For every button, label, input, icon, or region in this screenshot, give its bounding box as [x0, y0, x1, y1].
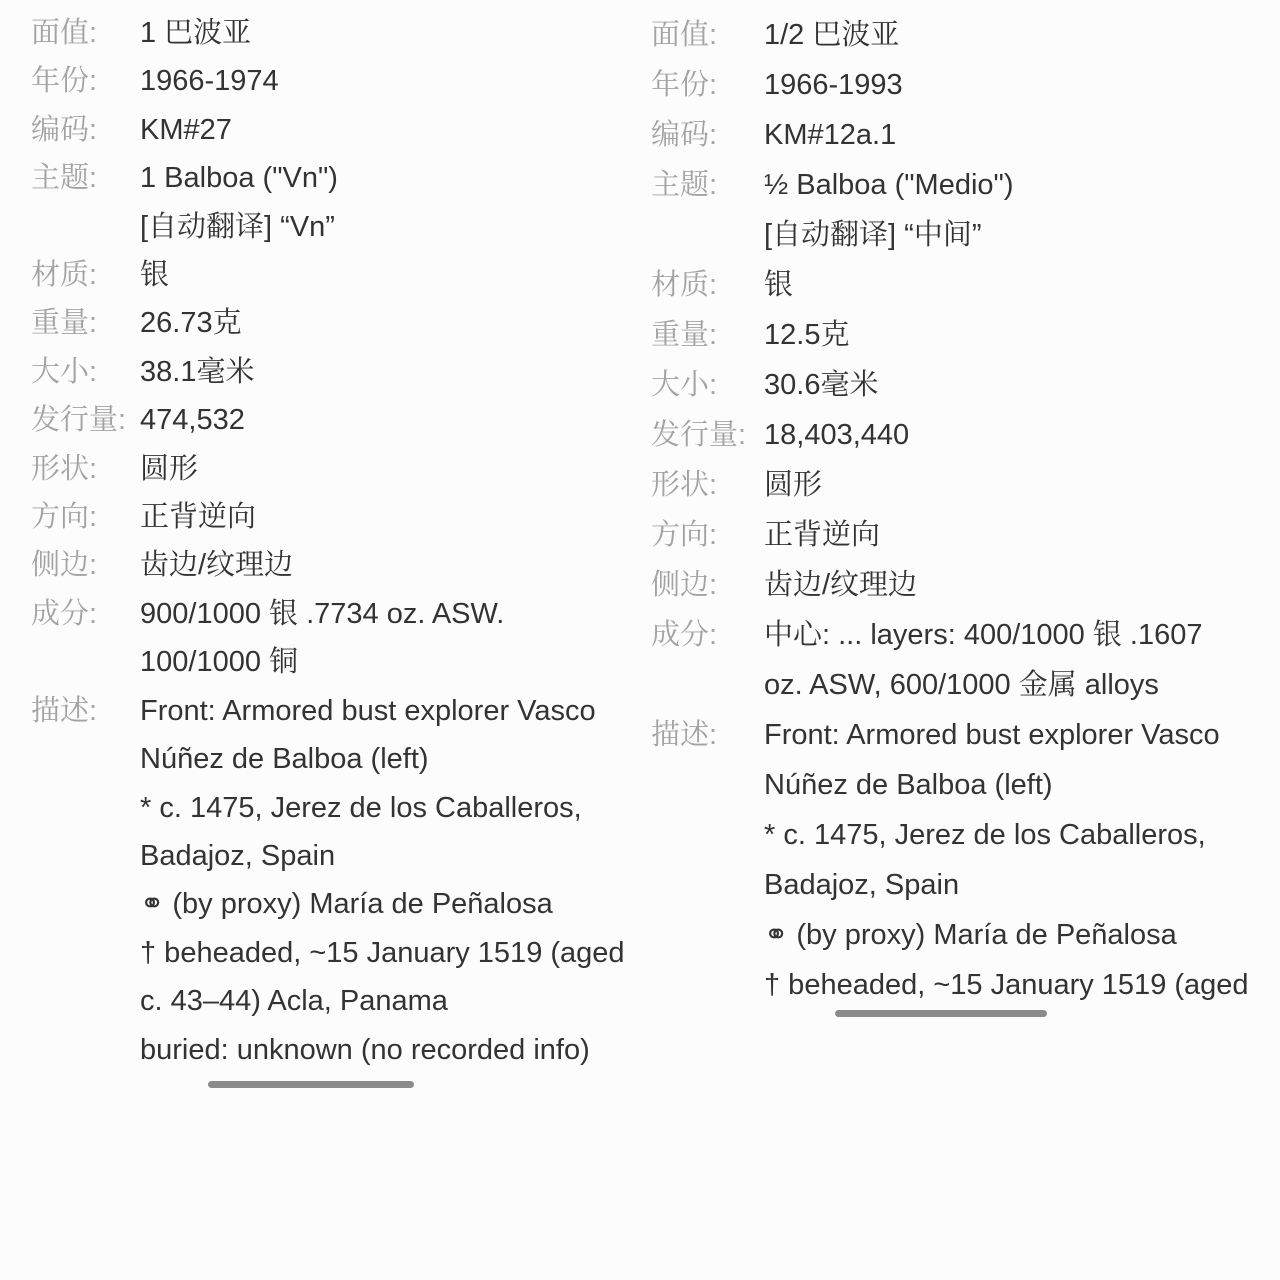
spec-label: 形状:	[31, 445, 140, 493]
spec-value: Front: Armored bust explorer Vasco Núñez…	[764, 710, 1249, 1010]
spec-value: 30.6毫米	[764, 360, 878, 410]
spec-label: 方向:	[31, 493, 140, 541]
spec-value: 1966-1974	[140, 57, 279, 105]
spec-row-edge: 侧边: 齿边/纹理边	[31, 541, 631, 589]
spec-row-description: 描述: Front: Armored bust explorer Vasco N…	[651, 710, 1271, 1010]
spec-label: 主题:	[31, 154, 140, 202]
spec-value: KM#12a.1	[764, 110, 896, 160]
spec-value: KM#27	[140, 106, 232, 154]
spec-row-mintage: 发行量: 474,532	[31, 396, 631, 444]
spec-row-description: 描述: Front: Armored bust explorer Vasco N…	[31, 687, 631, 1074]
spec-label: 侧边:	[651, 560, 764, 610]
spec-value: 1 Balboa ("Vn") [自动翻译] “Vn”	[140, 154, 338, 251]
spec-row-orientation: 方向: 正背逆向	[31, 493, 631, 541]
spec-value: 18,403,440	[764, 410, 909, 460]
spec-label: 年份:	[651, 60, 764, 110]
spec-label: 编码:	[31, 106, 140, 154]
spec-row-weight: 重量: 26.73克	[31, 299, 631, 347]
spec-value: ½ Balboa ("Medio") [自动翻译] “中间”	[764, 160, 1014, 260]
spec-label: 发行量:	[651, 410, 764, 460]
spec-row-size: 大小: 38.1毫米	[31, 348, 631, 396]
spec-value: 银	[764, 260, 793, 310]
spec-value: 圆形	[764, 460, 822, 510]
spec-row-edge: 侧边: 齿边/纹理边	[651, 560, 1271, 610]
spec-value: 正背逆向	[764, 510, 880, 560]
coin-spec-list-right: 面值: 1/2 巴波亚 年份: 1966-1993 编码: KM#12a.1 主…	[651, 10, 1271, 1010]
spec-row-subject: 主题: ½ Balboa ("Medio") [自动翻译] “中间”	[651, 160, 1271, 260]
spec-label: 发行量:	[31, 396, 140, 444]
spec-label: 形状:	[651, 460, 764, 510]
spec-row-size: 大小: 30.6毫米	[651, 360, 1271, 410]
spec-label: 编码:	[651, 110, 764, 160]
spec-label: 年份:	[31, 57, 140, 105]
spec-value: 银	[140, 251, 169, 299]
spec-label: 成分:	[651, 610, 764, 660]
spec-row-denomination: 面值: 1/2 巴波亚	[651, 10, 1271, 60]
spec-row-shape: 形状: 圆形	[31, 445, 631, 493]
spec-label: 方向:	[651, 510, 764, 560]
spec-value: 圆形	[140, 445, 198, 493]
spec-label: 描述:	[651, 710, 764, 760]
spec-value: 1 巴波亚	[140, 9, 251, 57]
spec-value: 38.1毫米	[140, 348, 254, 396]
spec-label: 面值:	[31, 9, 140, 57]
spec-row-year: 年份: 1966-1974	[31, 57, 631, 105]
spec-row-denomination: 面值: 1 巴波亚	[31, 9, 631, 57]
spec-value: 齿边/纹理边	[764, 560, 917, 610]
spec-row-orientation: 方向: 正背逆向	[651, 510, 1271, 560]
spec-value: 12.5克	[764, 310, 849, 360]
spec-value: 26.73克	[140, 299, 242, 347]
spec-row-material: 材质: 银	[31, 251, 631, 299]
spec-label: 重量:	[31, 299, 140, 347]
spec-row-composition: 成分: 900/1000 银 .7734 oz. ASW. 100/1000 铜	[31, 590, 631, 687]
spec-label: 材质:	[651, 260, 764, 310]
spec-value: 474,532	[140, 396, 245, 444]
spec-label: 主题:	[651, 160, 764, 210]
spec-row-year: 年份: 1966-1993	[651, 60, 1271, 110]
spec-label: 成分:	[31, 590, 140, 638]
spec-label: 面值:	[651, 10, 764, 60]
spec-row-shape: 形状: 圆形	[651, 460, 1271, 510]
spec-value: 正背逆向	[140, 493, 256, 541]
spec-row-catalog-code: 编码: KM#12a.1	[651, 110, 1271, 160]
spec-row-subject: 主题: 1 Balboa ("Vn") [自动翻译] “Vn”	[31, 154, 631, 251]
spec-value: 齿边/纹理边	[140, 541, 293, 589]
spec-label: 描述:	[31, 687, 140, 735]
spec-value: 1/2 巴波亚	[764, 10, 899, 60]
spec-label: 大小:	[651, 360, 764, 410]
highlight-bar-right	[835, 1010, 1047, 1017]
spec-row-catalog-code: 编码: KM#27	[31, 106, 631, 154]
spec-row-composition: 成分: 中心: ... layers: 400/1000 银 .1607 oz.…	[651, 610, 1271, 710]
highlight-bar-left	[208, 1081, 414, 1088]
spec-value: 900/1000 银 .7734 oz. ASW. 100/1000 铜	[140, 590, 504, 687]
spec-value: 中心: ... layers: 400/1000 银 .1607 oz. ASW…	[764, 610, 1202, 710]
spec-label: 侧边:	[31, 541, 140, 589]
spec-label: 大小:	[31, 348, 140, 396]
spec-value: 1966-1993	[764, 60, 903, 110]
spec-label: 重量:	[651, 310, 764, 360]
spec-label: 材质:	[31, 251, 140, 299]
spec-row-mintage: 发行量: 18,403,440	[651, 410, 1271, 460]
coin-spec-list-left: 面值: 1 巴波亚 年份: 1966-1974 编码: KM#27 主题: 1 …	[31, 9, 631, 1074]
spec-row-material: 材质: 银	[651, 260, 1271, 310]
spec-value: Front: Armored bust explorer Vasco Núñez…	[140, 687, 625, 1074]
spec-row-weight: 重量: 12.5克	[651, 310, 1271, 360]
